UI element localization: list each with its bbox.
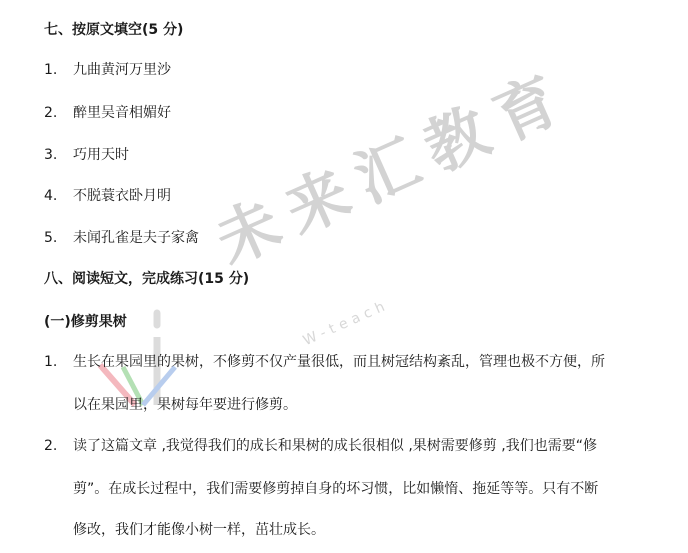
answer-line: 生长在果园里的果树，不修剪不仅产量很低，而且树冠结构紊乱，管理也极不方便，所 [73,352,605,372]
section7-heading: 七、按原文填空(5 分) [44,20,183,40]
item-text: 九曲黄河万里沙 [73,60,171,80]
watermark-text: 未来汇教育 [200,45,583,281]
answer-line: 以在果园里，果树每年要进行修剪。 [73,395,297,415]
item-text: 醉里吴音相媚好 [73,103,171,123]
answer-line: 读了这篇文章 ,我觉得我们的成长和果树的成长很相似 ,果树需要修剪 ,我们也需要… [73,436,597,456]
answer-line: 剪”。在成长过程中，我们需要修剪掉自身的坏习惯，比如懒惰、拖延等等。只有不断 [73,479,598,499]
item-number: 1. [44,60,72,80]
item-number: 2. [44,436,72,456]
answer-line: 修改，我们才能像小树一样，茁壮成长。 [73,520,325,540]
item-text: 不脱蓑衣卧月明 [73,186,171,206]
item-number: 4. [44,186,72,206]
item-text: 未闻孔雀是夫子家禽 [73,228,199,248]
section8-subheading: (一)修剪果树 [44,312,127,332]
watermark-subtext: W-teach [301,297,392,349]
item-number: 5. [44,228,72,248]
item-number: 3. [44,145,72,165]
item-number: 2. [44,103,72,123]
section8-heading: 八、阅读短文，完成练习(15 分) [44,269,249,289]
item-number: 1. [44,352,72,372]
item-text: 巧用天时 [73,145,129,165]
